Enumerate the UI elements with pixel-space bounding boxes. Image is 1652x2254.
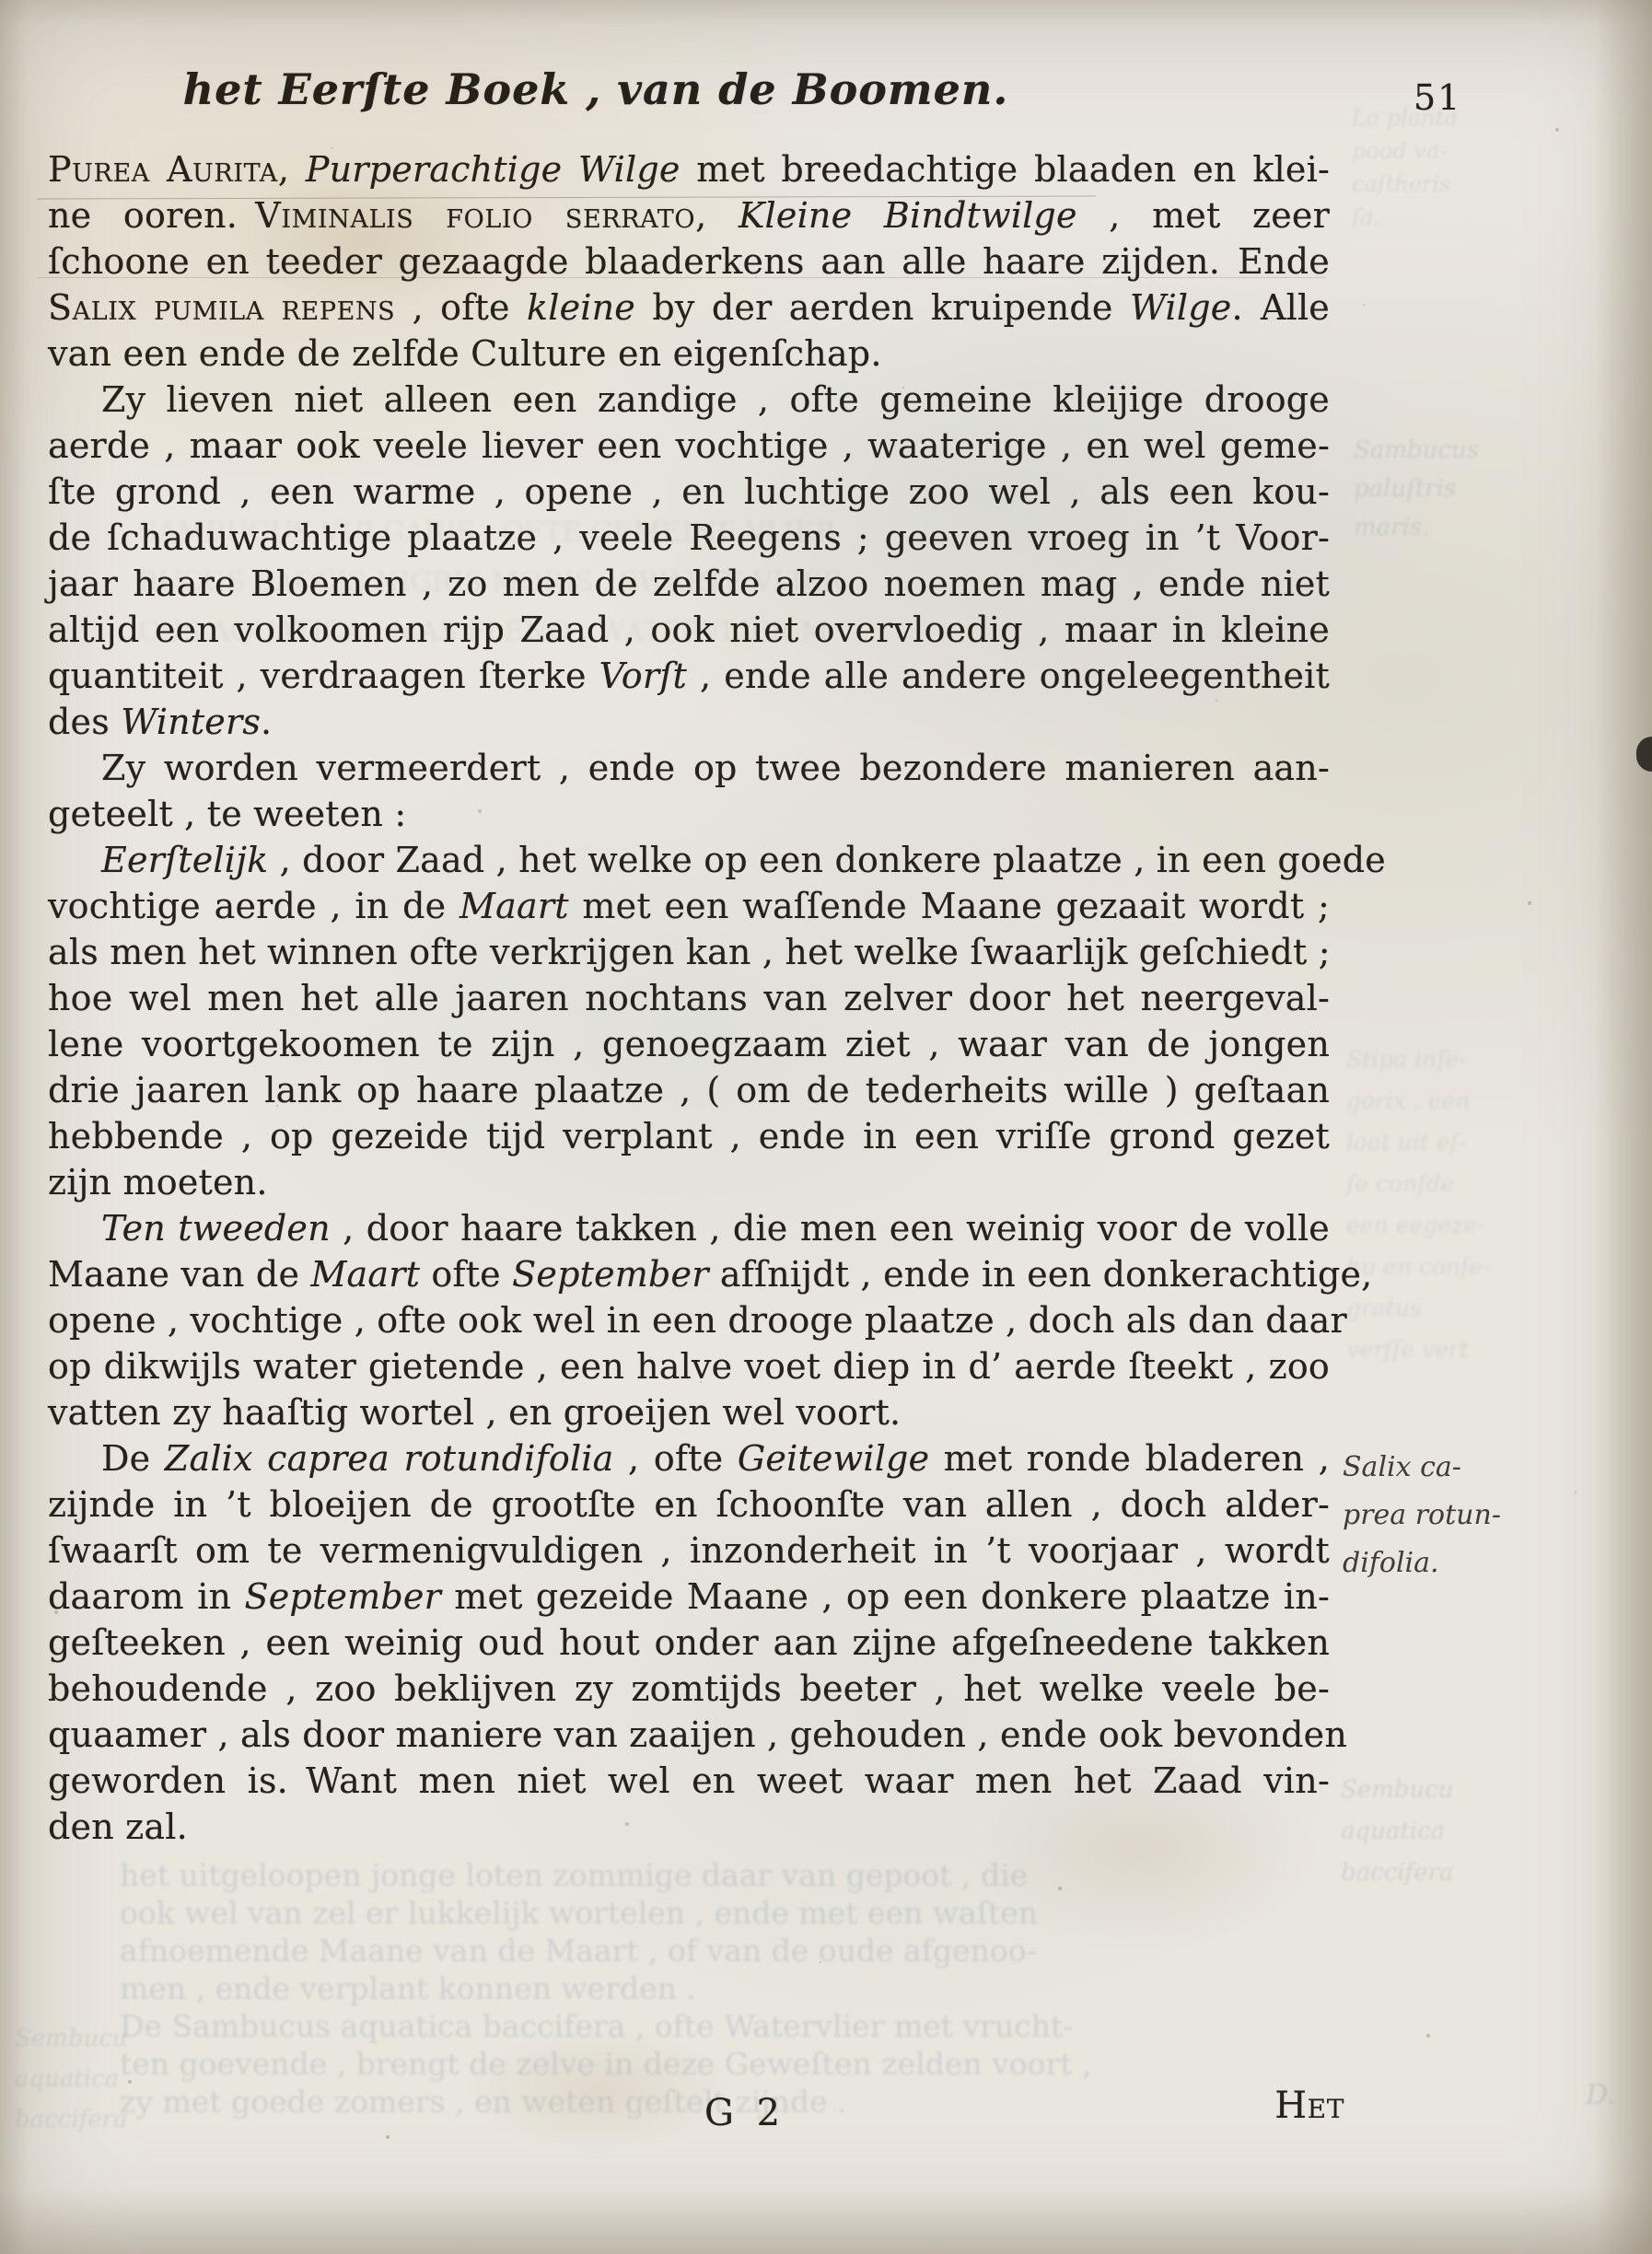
text-line: ſchoone en teeder gezaagde blaaderkens a… (48, 241, 1330, 287)
bleedthrough-line: baccifera (1341, 1853, 1617, 1894)
text-line: de ſchaduwachtige plaatze , veele Reegen… (48, 517, 1330, 563)
text-segment: vochtige aerde , in de (48, 886, 460, 926)
paragraph: Purea Aurita, Purperachtige Wilge met br… (48, 149, 1330, 379)
text-line: Salix pumila repens , ofte kleine by der… (48, 287, 1330, 333)
bleedthrough-line: afnoemende Maane van de Maart , of van d… (120, 1932, 1308, 1969)
text-line: lene voortgekoomen te zijn , genoegzaam … (48, 1024, 1330, 1070)
text-line: des Winters. (48, 702, 1330, 748)
text-segment: Maart (310, 1254, 420, 1295)
text-segment: kleine (527, 287, 635, 328)
text-segment: geſteeken , een weinig oud hout onder aa… (48, 1622, 1330, 1663)
bleedthrough-line: aquatica (15, 2059, 144, 2099)
bleedthrough-line: paluſtris (1354, 470, 1611, 508)
text-segment: Maart (460, 886, 569, 926)
text-segment: , (695, 195, 739, 236)
text-segment: Purperachtige Wilge (306, 149, 681, 190)
text-segment: zijn moeten. (48, 1162, 268, 1203)
bleedthrough-line: caſtheris (1352, 168, 1628, 201)
text-line: ſwaarſt om te vermenigvuldigen , inzonde… (48, 1530, 1330, 1576)
text-line: quaamer , als door maniere van zaaijen ,… (48, 1714, 1330, 1760)
bleedthrough-line: Stipa inſe- (1346, 1039, 1623, 1080)
text-segment: quantiteit , verdraagen ſterke (48, 656, 599, 696)
bleedthrough-line: La planta (1352, 101, 1628, 134)
bleedthrough-line: Sambucus (1354, 431, 1611, 470)
text-line: den zal. (48, 1807, 1330, 1853)
text-segment: Purea Aurita (48, 149, 278, 190)
text-line: quantiteit , verdraagen ſterke Vorſt , e… (48, 656, 1330, 702)
text-segment: zijnde in ’t bloeijen de grootſte en ſch… (48, 1484, 1330, 1525)
text-line: zijn moeten. (48, 1162, 1330, 1208)
bleedthrough-paragraph-bottom: het uitgeloopen jonge loten zommige daar… (120, 1856, 1308, 2120)
paragraph: Eerſtelijk , door Zaad , het welke op ee… (48, 840, 1330, 1208)
bleedthrough-line: een eegeze- (1346, 1204, 1623, 1246)
bleedthrough-margin-right-low: Sembucuaquaticabaccifera (1341, 1770, 1617, 1894)
text-segment: des (48, 702, 121, 742)
text-segment: , ofte (395, 287, 527, 328)
text-segment: geteelt , te weeten : (48, 794, 406, 834)
bleedthrough-line: verſſe vert (1346, 1329, 1623, 1370)
text-line: van een ende de zelfde Culture en eigenſ… (48, 333, 1330, 379)
margin-note-line: prea rotun- (1343, 1492, 1637, 1539)
text-line: ne ooren. Viminalis folio serrato, Klein… (48, 195, 1330, 241)
text-line: zijnde in ’t bloeijen de grootſte en ſch… (48, 1484, 1330, 1530)
text-segment: Zy worden vermeerdert , ende op twee bez… (101, 748, 1330, 788)
page-edge-shadow (0, 2190, 1652, 2254)
text-line: geteelt , te weeten : (48, 794, 1330, 840)
bleedthrough-line: pood va- (1352, 134, 1628, 168)
bleedthrough-line: het uitgeloopen jonge loten zommige daar… (120, 1856, 1308, 1894)
text-segment: Viminalis folio serrato (255, 195, 695, 236)
paper-speckles (0, 0, 2, 2)
text-segment: , (278, 149, 306, 190)
text-line: vatten zy haaſtig wortel , en groeijen w… (48, 1392, 1330, 1438)
text-line: op dikwijls water gietende , een halve v… (48, 1346, 1330, 1392)
text-line: geſteeken , een weinig oud hout onder aa… (48, 1622, 1330, 1668)
text-line: als men het winnen ofte verkrijgen kan ,… (48, 932, 1330, 978)
text-segment: , door haare takken , die men een weinig… (331, 1208, 1330, 1249)
text-line: behoudende , zoo beklijven zy zomtijds b… (48, 1668, 1330, 1714)
text-segment: van een ende de zelfde Culture en eigenſ… (48, 333, 882, 374)
bleedthrough-line: gratus (1346, 1287, 1623, 1329)
text-segment: jaar haare Bloemen , zo men de zelfde al… (48, 563, 1330, 604)
bleedthrough-line: baccifera (15, 2099, 144, 2140)
text-line: daarom in September met gezeide Maane , … (48, 1576, 1330, 1622)
text-segment: , door Zaad , het welke op een donkere p… (268, 840, 1386, 880)
text-line: drie jaaren lank op haare plaatze , ( om… (48, 1070, 1330, 1116)
text-segment: met gezeide Maane , op een donkere plaat… (441, 1576, 1330, 1617)
text-segment: September (245, 1576, 441, 1617)
text-segment: lene voortgekoomen te zijn , genoegzaam … (48, 1024, 1330, 1064)
text-line: vochtige aerde , in de Maart met een waſ… (48, 886, 1330, 932)
page-number: 51 (1414, 77, 1461, 118)
margin-note-salix-caprea: Salix ca-prea rotun-difolia. (1343, 1444, 1637, 1587)
text-segment: Eerſtelijk (101, 840, 268, 880)
bleedthrough-catchword-d: D. (1586, 2079, 1641, 2112)
paragraph: Zy lieven niet alleen een zandige , ofte… (48, 379, 1330, 748)
text-line: Zy lieven niet alleen een zandige , ofte… (48, 379, 1330, 425)
text-segment: als men het winnen ofte verkrijgen kan ,… (48, 932, 1331, 972)
text-segment: ſte grond , een warme , opene , en lucht… (48, 471, 1330, 512)
running-header: het Eerſte Boek , van de Boomen. (48, 64, 1144, 114)
bleedthrough-line: gorix , een (1346, 1080, 1623, 1121)
text-segment: drie jaaren lank op haare plaatze , ( om… (48, 1070, 1330, 1110)
text-segment: daarom in (48, 1576, 245, 1617)
bleedthrough-scribble-top-right: La plantapood va-caſtherisſa. (1352, 101, 1628, 234)
text-segment: , ende alle andere ongeleegentheit (687, 656, 1330, 696)
text-segment: Salix pumila repens (48, 287, 395, 328)
text-line: geworden is. Want men niet wel en weet w… (48, 1760, 1330, 1807)
text-line: opene , vochtige , ofte ook wel in een d… (48, 1300, 1330, 1346)
bleedthrough-line: aquatica (1341, 1811, 1617, 1853)
bleedthrough-line: Sembucu (15, 2018, 144, 2059)
bleedthrough-line: De Sambucus aquatica baccifera , ofte Wa… (120, 2007, 1308, 2045)
bleedthrough-line: hu en conſe- (1346, 1246, 1623, 1287)
text-segment: de ſchaduwachtige plaatze , veele Reegen… (48, 517, 1330, 558)
bleedthrough-margin-right-mid: Stipa inſe-gorix , eenlaat uit eſ-ſe con… (1346, 1039, 1623, 1370)
text-segment: opene , vochtige , ofte ook wel in een d… (48, 1300, 1347, 1341)
text-segment: met breedachtige blaaden en klei- (681, 149, 1330, 190)
text-segment: by der aerden kruipende (635, 287, 1130, 328)
text-segment: Winters (121, 702, 261, 742)
text-segment: ofte (420, 1254, 512, 1295)
text-segment: De (101, 1438, 165, 1479)
text-segment: behoudende , zoo beklijven zy zomtijds b… (48, 1668, 1330, 1709)
text-segment: September (512, 1254, 708, 1295)
text-line: aerde , maar ook veele liever een vochti… (48, 425, 1330, 471)
text-segment: hoe wel men het alle jaaren nochtans van… (48, 978, 1330, 1018)
text-line: jaar haare Bloemen , zo men de zelfde al… (48, 563, 1330, 610)
text-line: Ten tweeden , door haare takken , die me… (48, 1208, 1330, 1254)
margin-note-line: difolia. (1343, 1539, 1637, 1587)
catchword: Het (1179, 2085, 1344, 2127)
text-segment: hebbende , op gezeide tijd verplant , en… (48, 1116, 1330, 1156)
text-line: Maane van de Maart ofte September afſnij… (48, 1254, 1330, 1300)
bleedthrough-margin-right-top: Sambucuspaluſtrismaris. (1354, 431, 1611, 547)
bleedthrough-line: ook wel van zel er lukkelijk wortelen , … (120, 1894, 1308, 1932)
bleedthrough-line: Sembucu (1341, 1770, 1617, 1811)
text-segment: met een waſſende Maane gezaait wordt ; (569, 886, 1330, 926)
margin-note-line: Salix ca- (1343, 1444, 1637, 1492)
text-segment: . (261, 702, 272, 742)
text-segment: op dikwijls water gietende , een halve v… (48, 1346, 1330, 1387)
bleedthrough-line: ſa. (1352, 201, 1628, 234)
paragraph: De Zalix caprea rotundifolia , ofte Geit… (48, 1438, 1330, 1853)
text-segment: Kleine Bindtwilge (739, 195, 1077, 236)
text-line: De Zalix caprea rotundifolia , ofte Geit… (48, 1438, 1330, 1484)
bleedthrough-line: ſe conſde (1346, 1163, 1623, 1204)
text-segment: ſchoone en teeder gezaagde blaaderkens a… (48, 241, 1330, 282)
bleedthrough-line: ten goevende , brengt de zelve in deze G… (120, 2045, 1308, 2083)
text-segment: Zalix caprea rotundifolia (165, 1438, 614, 1479)
paragraph: Ten tweeden , door haare takken , die me… (48, 1208, 1330, 1438)
text-segment: Wilge (1130, 287, 1232, 328)
text-segment: Maane van de (48, 1254, 310, 1295)
text-segment: ſwaarſt om te vermenigvuldigen , inzonde… (48, 1530, 1330, 1571)
text-segment: . Alle (1231, 287, 1330, 328)
text-line: hebbende , op gezeide tijd verplant , en… (48, 1116, 1330, 1162)
body-text: Purea Aurita, Purperachtige Wilge met br… (48, 149, 1330, 1853)
paragraph: Zy worden vermeerdert , ende op twee bez… (48, 748, 1330, 840)
text-segment: altijd een volkoomen rijp Zaad , ook nie… (48, 610, 1330, 650)
text-segment: quaamer , als door maniere van zaaijen ,… (48, 1714, 1347, 1755)
text-segment: met ronde bladeren , (929, 1438, 1330, 1479)
book-page-scan: La plantapood va-caſtherisſa.SAMBUCUS VU… (0, 0, 1652, 2254)
bleedthrough-line: maris. (1354, 508, 1611, 547)
text-segment: afſnijdt , ende in een donkerachtige, (709, 1254, 1373, 1295)
ink-blot-mark (1636, 737, 1652, 772)
bleedthrough-line: D. (1586, 2079, 1641, 2112)
page-edge-shadow (0, 0, 1652, 26)
text-segment: Vorſt (599, 656, 687, 696)
bleedthrough-line: men , ende verplant konnen werden . (120, 1969, 1308, 2007)
text-segment: geworden is. Want men niet wel en weet w… (48, 1760, 1330, 1801)
bleedthrough-margin-bottom-left: Sembucuaquaticabaccifera (15, 2018, 144, 2140)
text-segment: , ofte (614, 1438, 738, 1479)
text-segment: , met zeer (1077, 195, 1330, 236)
text-line: hoe wel men het alle jaaren nochtans van… (48, 978, 1330, 1024)
text-segment: ne ooren. (48, 195, 255, 236)
text-segment: Ten tweeden (101, 1208, 331, 1249)
text-segment: den zal. (48, 1807, 188, 1847)
text-segment: aerde , maar ook veele liever een vochti… (48, 425, 1330, 466)
text-segment: Zy lieven niet alleen een zandige , ofte… (101, 379, 1330, 420)
text-line: Zy worden vermeerdert , ende op twee bez… (48, 748, 1330, 794)
text-line: Purea Aurita, Purperachtige Wilge met br… (48, 149, 1330, 195)
text-line: Eerſtelijk , door Zaad , het welke op ee… (48, 840, 1330, 886)
bleedthrough-line: laat uit eſ- (1346, 1121, 1623, 1163)
text-segment: vatten zy haaſtig wortel , en groeijen w… (48, 1392, 901, 1433)
text-line: altijd een volkoomen rijp Zaad , ook nie… (48, 610, 1330, 656)
text-line: ſte grond , een warme , opene , en lucht… (48, 471, 1330, 517)
gathering-signature: G 2 (704, 2092, 785, 2134)
text-segment: Geitewilge (738, 1438, 929, 1479)
page-edge-shadow (0, 0, 28, 2254)
